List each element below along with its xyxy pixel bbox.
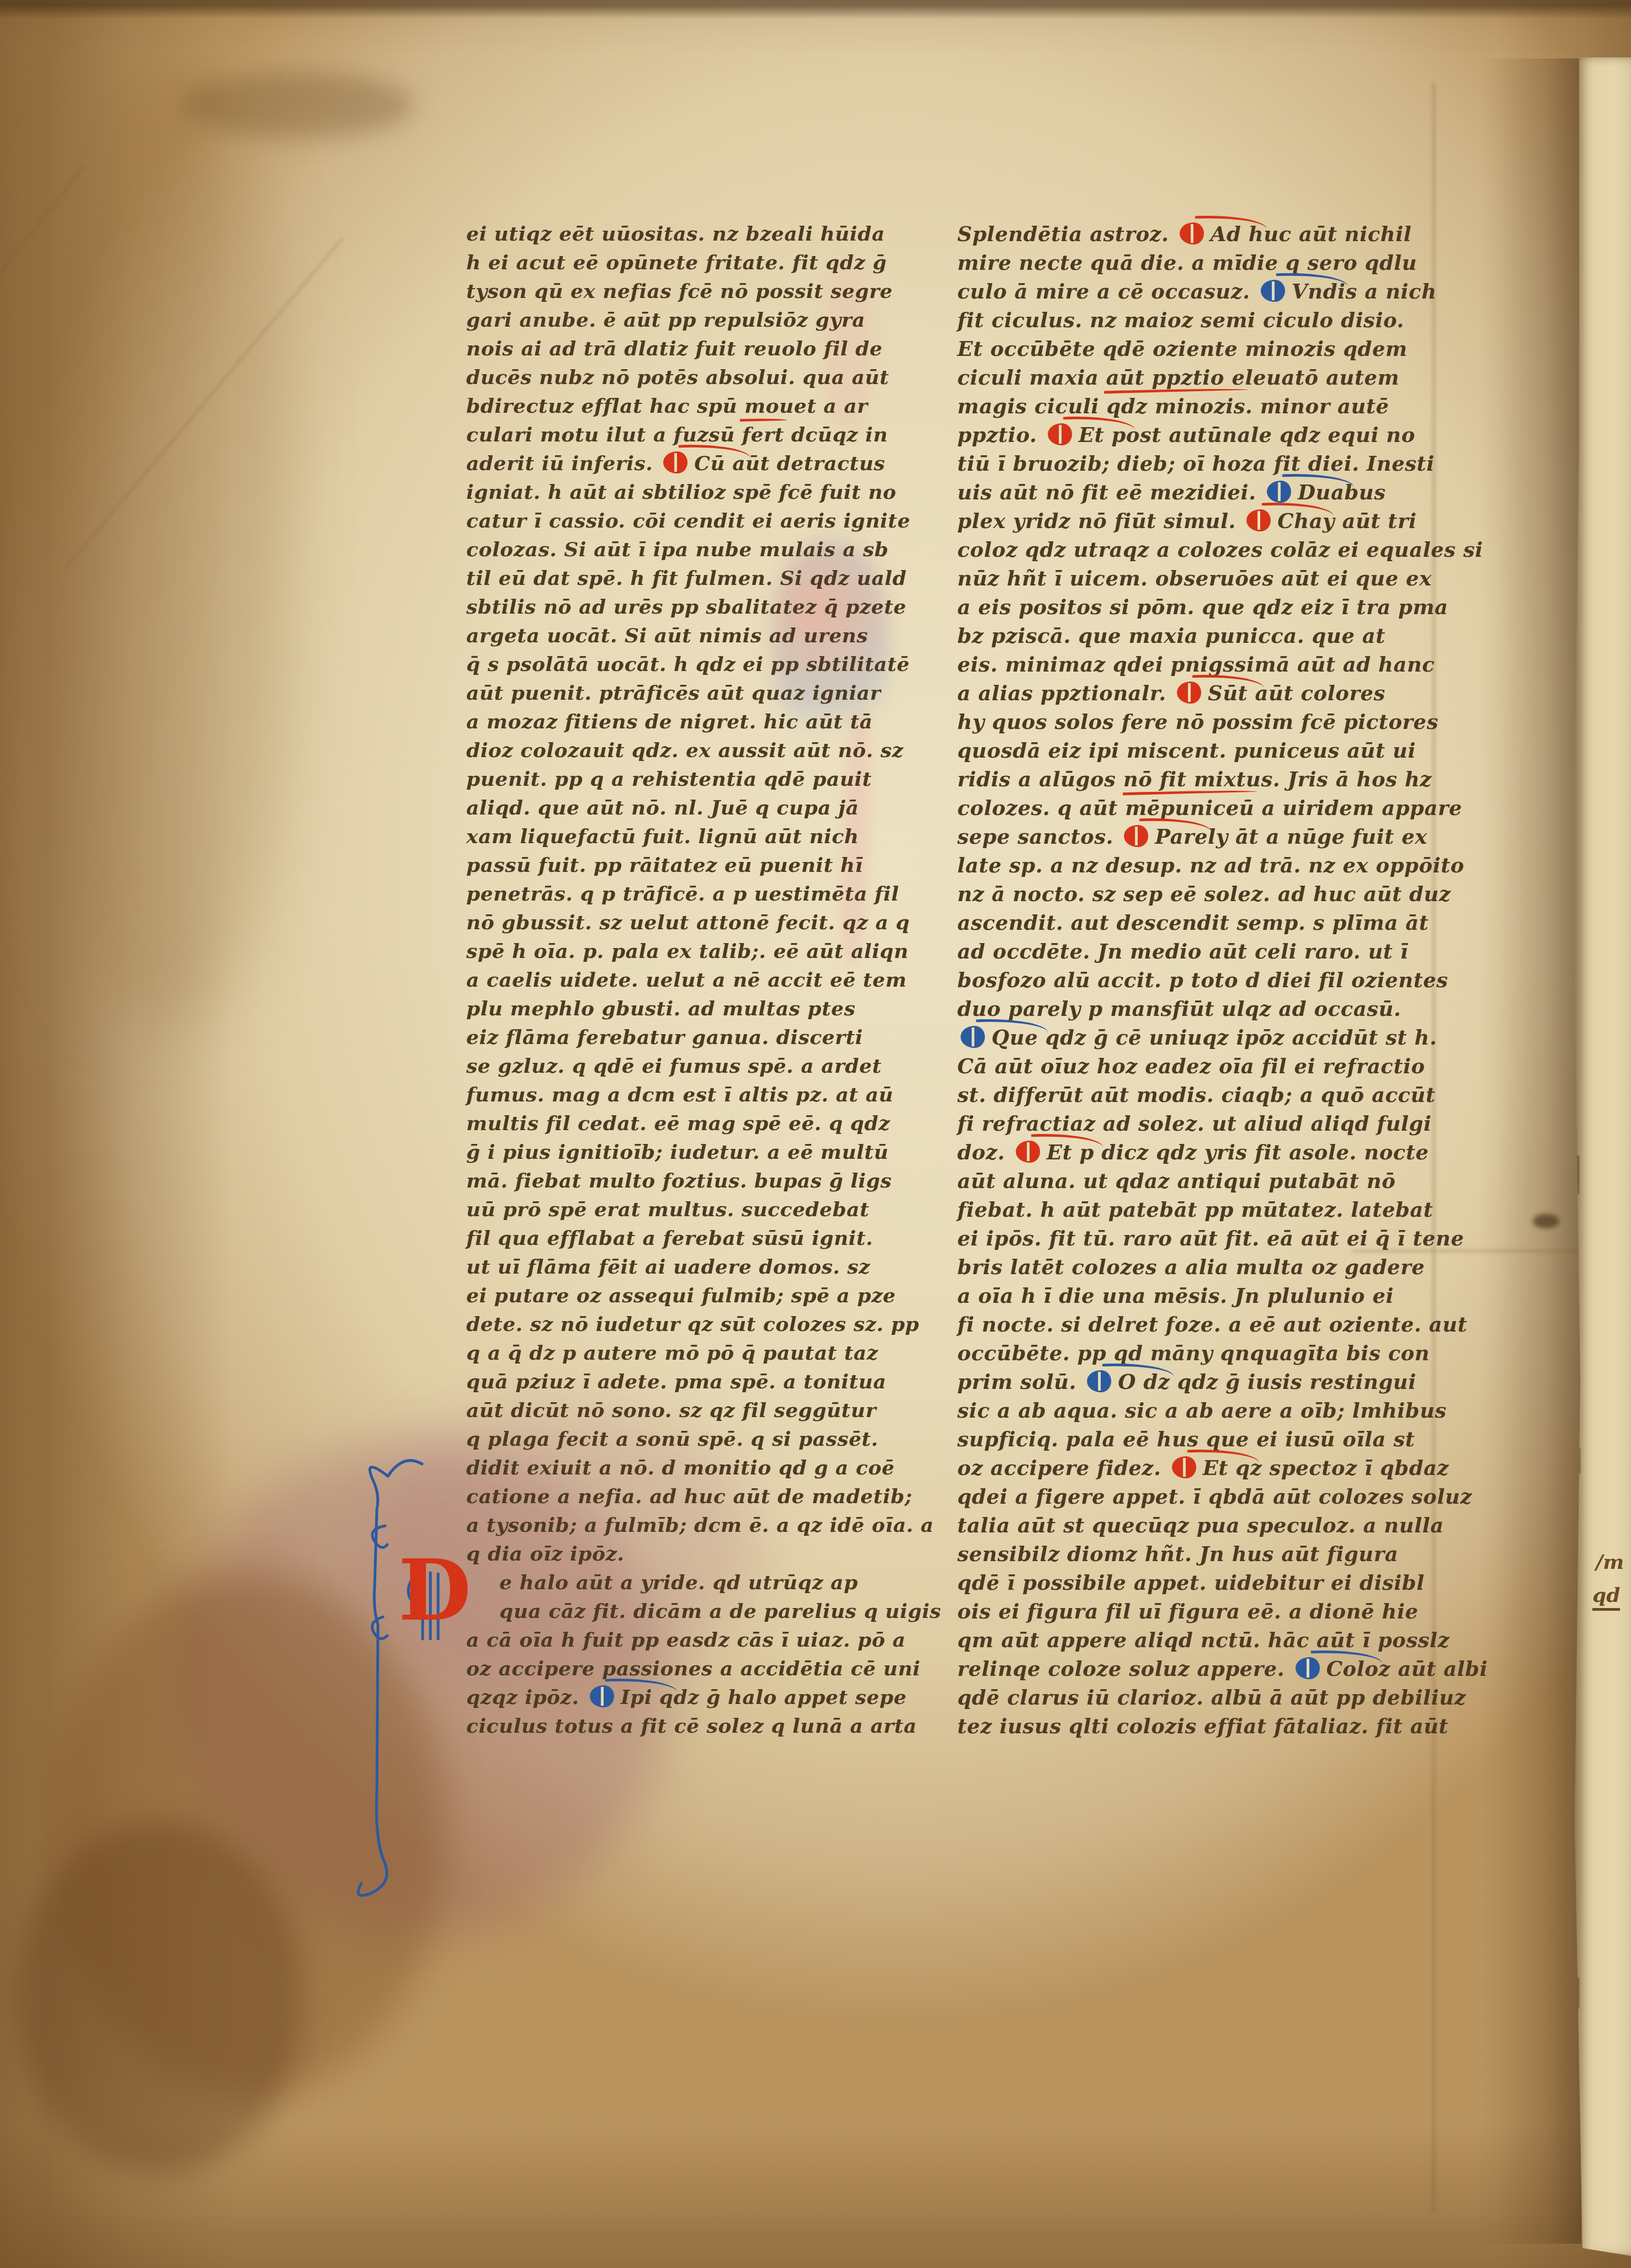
text-line: plex yridz nō fiūt simul. Chay aūt tri bbox=[957, 507, 1415, 535]
text-line: coloz qdz utraqz a colozes colāz ei equa… bbox=[957, 535, 1415, 564]
text-line: qzqz ipōz. Ipi qdz ḡ halo appet sepe bbox=[466, 1683, 883, 1712]
text-line: oz accipere fidez. Et qz spectoz ī qbdaz bbox=[957, 1454, 1415, 1482]
text-line: ciculus totus a fit cē solez q lunā a ar… bbox=[466, 1712, 883, 1740]
text-line: relinqe coloze soluz appere. Coloz aūt a… bbox=[957, 1654, 1415, 1683]
blue-pilcrow-mark bbox=[590, 1685, 614, 1707]
text-line: uū prō spē erat multus. succedebat bbox=[466, 1195, 883, 1224]
text-line: nō gbussit. sz uelut attonē fecit. qz a … bbox=[466, 908, 883, 937]
text-line: qua cāz fit. dicām a de parelius q uigis bbox=[466, 1597, 883, 1626]
text-line: catione a nefia. ad huc aūt de madetib; bbox=[466, 1482, 883, 1511]
text-line: ei putare oz assequi fulmib; spē a pze bbox=[466, 1281, 883, 1310]
text-line: qdei a figere appet. ī qbdā aūt colozes … bbox=[957, 1482, 1415, 1511]
text-line: a oīa h ī die una mēsis. Jn plulunio ei bbox=[957, 1281, 1415, 1310]
crease-vertical-fold-line bbox=[1432, 83, 1435, 2213]
text-line: qdē ī possibile appet. uidebitur ei disi… bbox=[957, 1568, 1415, 1597]
blue-pilcrow-mark bbox=[1267, 481, 1291, 503]
text-line: catur ī cassio. cōi cendit ei aeris igni… bbox=[466, 507, 883, 535]
text-line: st. differūt aūt modis. ciaqb; a quō acc… bbox=[957, 1080, 1415, 1109]
text-line: sic a ab aqua. sic a ab aere a oīb; lmhi… bbox=[957, 1396, 1415, 1425]
text-line: nois ai ad trā dlatiz fuit reuolo fil de bbox=[466, 334, 883, 363]
text-line: igniat. h aūt ai sbtilioz spē fcē fuit n… bbox=[466, 478, 883, 507]
text-line: ciculi maxia aūt ppztio eleuatō autem bbox=[957, 363, 1415, 392]
text-line: bris latēt colozes a alia multa oz gader… bbox=[957, 1253, 1415, 1281]
text-line: penetrās. q p trāficē. a p uestimēta fil bbox=[466, 880, 883, 908]
text-line: fi nocte. si delret foze. a eē aut ozien… bbox=[957, 1310, 1415, 1339]
text-line: tyson qū ex nefias fcē nō possit segre bbox=[466, 277, 883, 306]
text-line: q̄ s psolātā uocāt. h qdz ei pp sbtilita… bbox=[466, 650, 883, 679]
text-line: til eū dat spē. h fit fulmen. Si qdz ual… bbox=[466, 564, 883, 593]
text-line: q plaga fecit a sonū spē. q si passēt. bbox=[466, 1425, 883, 1454]
text-line: multis fil cedat. eē mag spē eē. q qdz bbox=[466, 1109, 883, 1138]
text-line: se gzluz. q qdē ei fumus spē. a ardet bbox=[466, 1052, 883, 1080]
text-line: xam liquefactū fuit. lignū aūt nich bbox=[466, 822, 883, 851]
crease-diagonal-1 bbox=[0, 166, 84, 558]
text-line: a cā oīa h fuit pp easdz cās ī uiaz. pō … bbox=[466, 1626, 883, 1654]
text-line: dioz colozauit qdz. ex aussit aūt nō. sz bbox=[466, 736, 883, 765]
stain-tan-left-band bbox=[33, 83, 287, 1021]
text-line: colozes. q aūt mēpuniceū a uiridem appar… bbox=[957, 794, 1415, 822]
text-line: plu mephlo gbusti. ad multas ptes bbox=[466, 994, 883, 1023]
text-line: a mozaz fitiens de nigret. hic aūt tā bbox=[466, 707, 883, 736]
text-line: puenit. pp q a rehistentia qdē pauit bbox=[466, 765, 883, 794]
text-line: dete. sz nō iudetur qz sūt colozes sz. p… bbox=[466, 1310, 883, 1339]
text-line: aūt dicūt nō sono. sz qz fil seggūtur bbox=[466, 1396, 883, 1425]
text-line: ois ei figura fil uī figura eē. a dionē … bbox=[957, 1597, 1415, 1626]
red-stroked-word: fert bbox=[742, 423, 784, 446]
text-line: fi refractiaz ad solez. ut aliud aliqd f… bbox=[957, 1109, 1415, 1138]
text-line: ad occdēte. Jn medio aūt celi raro. ut ī bbox=[957, 937, 1415, 966]
red-pilcrow-mark bbox=[1016, 1141, 1040, 1163]
text-line: argeta uocāt. Si aūt nimis ad urens bbox=[466, 621, 883, 650]
text-line: colozas. Si aūt ī ipa nube mulais a sb bbox=[466, 535, 883, 564]
text-line: prim solū. O dz qdz ḡ iusis restingui bbox=[957, 1367, 1415, 1396]
text-line: q a q̄ dz p autere mō pō q̄ pautat taz bbox=[466, 1339, 883, 1367]
text-line: Que qdz ḡ cē uniuqz ipōz accidūt st h. bbox=[957, 1023, 1415, 1052]
text-line: supficiq. pala eē hus que ei iusū oīla s… bbox=[957, 1425, 1415, 1454]
manuscript-leaf: ei utiqz eēt uūositas. nz bzeali hūidah … bbox=[0, 0, 1631, 2268]
text-column-left: ei utiqz eēt uūositas. nz bzeali hūidah … bbox=[466, 220, 883, 1740]
fold-shading-band bbox=[1479, 58, 1581, 2244]
text-line: aūt puenit. ptrāficēs aūt quaz igniar bbox=[466, 679, 883, 707]
text-line: magis ciculi qdz minozis. minor autē bbox=[957, 392, 1415, 420]
text-line: aūt aluna. ut qdaz antiqui putabāt nō bbox=[957, 1167, 1415, 1195]
red-pilcrow-mark bbox=[1172, 1456, 1196, 1478]
text-line: doz. Et p dicz qdz yris fit asole. nocte bbox=[957, 1138, 1415, 1167]
adjacent-leaf-text-fragment: qd bbox=[1592, 1584, 1620, 1611]
text-line: gari anube. ē aūt pp repulsiōz gyra bbox=[466, 306, 883, 334]
text-line: Splendētia astroz. Ad huc aūt nichil bbox=[957, 220, 1415, 248]
text-line: qm aūt appere aliqd nctū. hāc aūt ī poss… bbox=[957, 1626, 1415, 1654]
text-line: hy quos solos fere nō possim fcē pictore… bbox=[957, 707, 1415, 736]
initial-flourish-blue bbox=[330, 1435, 495, 1909]
text-line: fil qua efflabat a ferebat sūsū ignit. bbox=[466, 1224, 883, 1253]
text-line: culo ā mire a cē occasuz. Vndis a nich bbox=[957, 277, 1415, 306]
text-line: a caelis uidete. uelut a nē accit eē tem bbox=[466, 966, 883, 994]
text-line: spē h oīa. p. pala ex talib;. eē aūt ali… bbox=[466, 937, 883, 966]
text-line: ei ipōs. fit tū. raro aūt fit. eā aūt ei… bbox=[957, 1224, 1415, 1253]
text-line: tez iusus qlti colozis effiat fātaliaz. … bbox=[957, 1712, 1415, 1740]
scanned-manuscript-photo: { "description": "Photograph of a mediev… bbox=[0, 0, 1631, 2268]
text-line: ducēs nubz nō potēs absolui. qua aūt bbox=[466, 363, 883, 392]
text-line: sepe sanctos. Parely āt a nūge fuit ex bbox=[957, 822, 1415, 851]
text-line: bdirectuz efflat hac spū mouet a ar bbox=[466, 392, 883, 420]
text-line: eiz flāma ferebatur ganua. discerti bbox=[466, 1023, 883, 1052]
text-line: ut uī flāma fēit ai uadere domos. sz bbox=[466, 1253, 883, 1281]
text-line: aliqd. que aūt nō. nl. Juē q cupa jā bbox=[466, 794, 883, 822]
text-line: quosdā eiz ipi miscent. puniceus aūt ui bbox=[957, 736, 1415, 765]
blue-pilcrow-mark bbox=[1261, 280, 1285, 302]
red-pilcrow-mark bbox=[1177, 682, 1201, 704]
text-line: didit exiuit a nō. d monitio qd g a coē bbox=[466, 1454, 883, 1482]
text-line: culari motu ilut a fuzsū fert dcūqz in bbox=[466, 420, 883, 449]
blue-pilcrow-mark bbox=[1087, 1370, 1111, 1392]
text-line: sbtilis nō ad urēs pp sbalitatez q̄ pzet… bbox=[466, 593, 883, 621]
red-pilcrow-mark bbox=[663, 451, 687, 473]
red-pilcrow-mark bbox=[1124, 825, 1148, 847]
adjacent-leaf-text-fragment: /m bbox=[1596, 1551, 1624, 1574]
text-line: oz accipere passiones a accidētia cē uni bbox=[466, 1654, 883, 1683]
text-line: fit ciculus. nz maioz semi ciculo disio. bbox=[957, 306, 1415, 334]
red-stroked-word: mēpuniceū bbox=[1125, 796, 1254, 820]
text-line: sensibilz diomz hñt. Jn hus aūt figura bbox=[957, 1540, 1415, 1568]
text-line: ascendit. aut descendit semp. s plīma āt bbox=[957, 908, 1415, 937]
text-line: late sp. a nz desup. nz ad trā. nz ex op… bbox=[957, 851, 1415, 880]
decorated-initial-D: D bbox=[398, 1557, 487, 1635]
stain-brown-corner bbox=[17, 1821, 303, 2174]
red-pilcrow-mark bbox=[1180, 222, 1204, 244]
red-pilcrow-mark bbox=[1048, 423, 1072, 445]
text-line: a tysonib; a fulmīb; dcm ē. a qz idē oīa… bbox=[466, 1511, 883, 1540]
text-line: uis aūt nō fit eē mezidiei. Duabus bbox=[957, 478, 1415, 507]
text-line: nz ā nocto. sz sep eē solez. ad huc aūt … bbox=[957, 880, 1415, 908]
crease-diagonal-2 bbox=[66, 237, 344, 568]
text-column-right: Splendētia astroz. Ad huc aūt nichilmire… bbox=[957, 220, 1415, 1740]
red-stroked-word: qdz minozis bbox=[1106, 394, 1245, 418]
text-line: h ei acut eē opūnete fritate. fit qdz ḡ bbox=[466, 248, 883, 277]
text-line: passū fuit. pp rāitatez eū puenit hī bbox=[466, 851, 883, 880]
adjacent-leaf-edge: /m qd bbox=[1574, 57, 1631, 2256]
text-line: bosfozo alū accit. p toto d diei fil ozi… bbox=[957, 966, 1415, 994]
text-line: qdē clarus iū clarioz. albū ā aūt pp deb… bbox=[957, 1683, 1415, 1712]
text-line: e halo aūt a yride. qd utrūqz ap bbox=[466, 1568, 883, 1597]
text-line: Cā aūt oīuz hoz eadez oīa fil ei refract… bbox=[957, 1052, 1415, 1080]
text-line: q dia oīz ipōz. bbox=[466, 1540, 883, 1568]
text-line: eis. minimaz qdei pnigssimā aūt ad hanc bbox=[957, 650, 1415, 679]
text-line: fumus. mag a dcm est ī altis pz. at aū bbox=[466, 1080, 883, 1109]
blue-pilcrow-mark bbox=[961, 1026, 985, 1048]
red-pilcrow-mark bbox=[1246, 509, 1271, 531]
text-line: ppztio. Et post autūnale qdz equi no bbox=[957, 420, 1415, 449]
text-line: aderit iū inferis. Cū aūt detractus bbox=[466, 449, 883, 478]
text-line: tiū ī bruozib; dieb; oī hoza fit diei. I… bbox=[957, 449, 1415, 478]
text-line: duo parely p mansfiūt ulqz ad occasū. bbox=[957, 994, 1415, 1023]
text-line: ridis a alūgos nō fit mixtus. Jris ā hos… bbox=[957, 765, 1415, 794]
blue-pilcrow-mark bbox=[1296, 1657, 1320, 1679]
text-line: nūz hñt ī uicem. obseruōes aūt ei que ex bbox=[957, 564, 1415, 593]
text-line: Et occūbēte qdē oziente minozis qdem bbox=[957, 334, 1415, 363]
text-line: occūbēte. pp qd māny qnquagīta bis con bbox=[957, 1339, 1415, 1367]
text-line: ḡ i pius ignitioīb; iudetur. a eē multū bbox=[466, 1138, 883, 1167]
text-line: fiebat. h aūt patebāt pp mūtatez. lateba… bbox=[957, 1195, 1415, 1224]
text-line: ei utiqz eēt uūositas. nz bzeali hūida bbox=[466, 220, 883, 248]
stain-top-left-edge bbox=[182, 72, 414, 138]
text-line: mire necte quā die. a mīdie q sero qdlu bbox=[957, 248, 1415, 277]
text-line: quā pziuz ī adete. pma spē. a tonitua bbox=[466, 1367, 883, 1396]
text-line: a alias ppztionalr. Sūt aūt colores bbox=[957, 679, 1415, 707]
text-line: bz pziscā. que maxia punicca. que at bbox=[957, 621, 1415, 650]
text-line: mā. fiebat multo foztius. bupas ḡ ligs bbox=[466, 1167, 883, 1195]
text-line: talia aūt st quecūqz pua speculoz. a nul… bbox=[957, 1511, 1415, 1540]
text-line: a eis positos si pōm. que qdz eiz ī tra … bbox=[957, 593, 1415, 621]
